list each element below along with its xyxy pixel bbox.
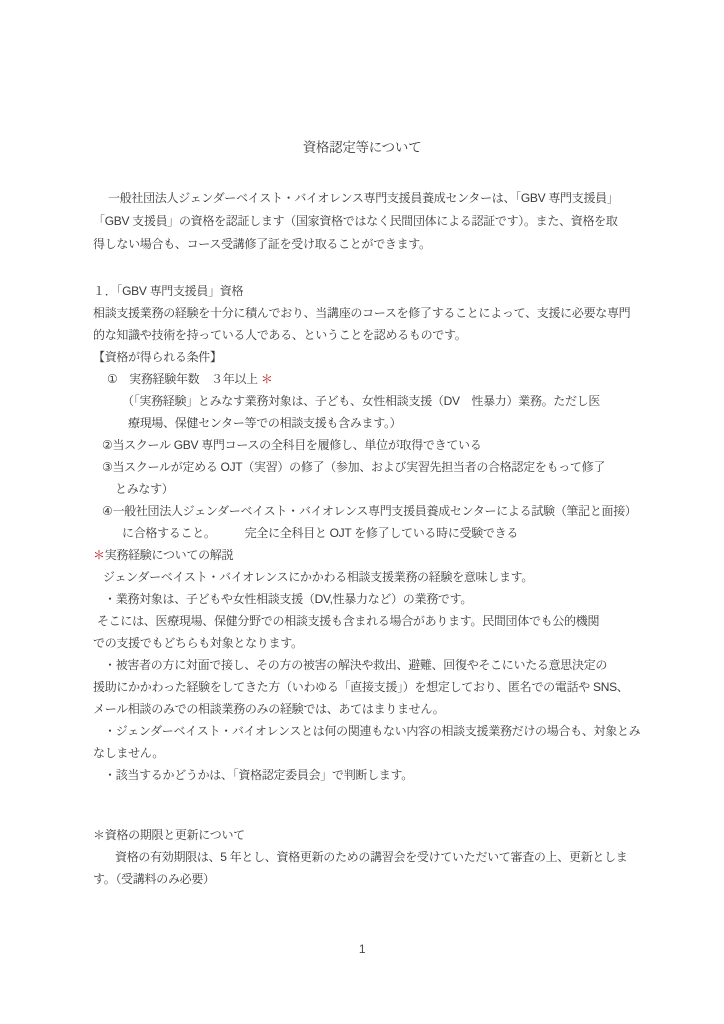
text-run: す。（受講料のみ必要） [93, 872, 215, 886]
text-run: ・被害者の方に対面で接し、その方の被害の解決や救出、避難、回復やそこにいたる意思… [104, 658, 607, 672]
text-run: 【資格が得られる条件】 [93, 350, 222, 364]
text-line: ・該当するかどうかは、「資格認定委員会」で判断します。 [93, 764, 658, 786]
text-run: とみなす） [115, 482, 174, 496]
text-line: ・被害者の方に対面で接し、その方の被害の解決や救出、避難、回復やそこにいたる意思… [93, 654, 658, 676]
text-run: ① 実務経験年数 ３年以上 [107, 372, 261, 386]
text-line: （「実務経験」とみなす業務対象は、子ども、女性相談支援（DV 性暴力）業務。ただ… [93, 390, 658, 412]
text-line: 援助にかかわった経験をしてきた方（いわゆる「直接支援」）を想定しており、匿名での… [93, 676, 658, 698]
required-asterisk: ＊ [261, 372, 273, 386]
text-run: ・ジェンダーベイスト・バイオレンスとは何の関連もない内容の相談支援業務だけの場合… [104, 724, 640, 738]
text-run: ・該当するかどうかは、「資格認定委員会」で判断します。 [104, 768, 413, 782]
qualification-section: １．「GBV 専門支援員」資格相談支援業務の経験を十分に積んでおり、当講座のコー… [93, 280, 658, 786]
document-title: 資格認定等について [0, 136, 724, 156]
text-line: ＊実務経験についての解説 [93, 544, 658, 566]
text-run: 的な知識や技術を持っている人である、ということを認めるものです。 [93, 328, 466, 342]
required-asterisk: ＊ [93, 548, 105, 562]
text-run: 援助にかかわった経験をしてきた方（いわゆる「直接支援」）を想定しており、匿名での… [93, 680, 629, 694]
text-line: す。（受講料のみ必要） [93, 868, 658, 890]
text-line: 一般社団法人ジェンダーベイスト・バイオレンス専門支援員養成センターは、「GBV … [93, 187, 658, 210]
text-run: での支援でもどちらも対象となります。 [93, 636, 303, 650]
text-line: 相談支援業務の経験を十分に積んでおり、当講座のコースを修了することによって、支援… [93, 302, 658, 324]
text-run: 実務経験についての解説 [105, 548, 233, 562]
renewal-section: ＊資格の期限と更新について資格の有効期限は、5 年とし、資格更新のための講習会を… [93, 824, 658, 890]
text-run: ・業務対象は、子どもや女性相談支援（DV,性暴力など）の業務です。 [104, 592, 472, 606]
text-run: ③当スクールが定める OJT（実習）の修了（参加、および実習先担当者の合格認定を… [102, 460, 605, 474]
text-run: ④一般社団法人ジェンダーベイスト・バイオレンス専門支援員養成センターによる試験（… [102, 504, 637, 518]
text-line: に合格すること。 完全に全科目と OJT を修了している時に受験できる [93, 522, 658, 544]
text-run: 療現場、保健センター等での相談支援も含みます。） [128, 416, 401, 430]
text-line: 療現場、保健センター等での相談支援も含みます。） [93, 412, 658, 434]
text-line: メール相談のみでの相談業務のみの経験では、あてはまりません。 [93, 698, 658, 720]
document-page: 資格認定等について 一般社団法人ジェンダーベイスト・バイオレンス専門支援員養成セ… [0, 0, 724, 1024]
text-run: １．「GBV 専門支援員」資格 [93, 284, 243, 298]
text-line: 資格の有効期限は、5 年とし、資格更新のための講習会を受けていただいて審査の上、… [93, 846, 658, 868]
intro-paragraph: 一般社団法人ジェンダーベイスト・バイオレンス専門支援員養成センターは、「GBV … [93, 187, 658, 256]
text-run: ②当スクール GBV 専門コースの全科目を履修し、単位が取得できている [102, 438, 481, 452]
text-run: （「実務経験」とみなす業務対象は、子ども、女性相談支援（DV 性暴力）業務。ただ… [122, 394, 600, 408]
text-line: ① 実務経験年数 ３年以上 ＊ [93, 368, 658, 390]
text-line: １．「GBV 専門支援員」資格 [93, 280, 658, 302]
text-line: 【資格が得られる条件】 [93, 346, 658, 368]
text-line: ③当スクールが定める OJT（実習）の修了（参加、および実習先担当者の合格認定を… [93, 456, 658, 478]
text-run: そこには、医療現場、保健分野での相談支援も含まれる場合があります。民間団体でも公… [97, 614, 599, 628]
text-line: とみなす） [93, 478, 658, 500]
text-line: ＊資格の期限と更新について [93, 824, 658, 846]
text-run: ＊資格の期限と更新について [93, 828, 245, 842]
text-line: ④一般社団法人ジェンダーベイスト・バイオレンス専門支援員養成センターによる試験（… [93, 500, 658, 522]
text-run: 一般社団法人ジェンダーベイスト・バイオレンス専門支援員養成センターは、「GBV … [108, 191, 619, 205]
text-line: ジェンダーベイスト・バイオレンスにかかわる相談支援業務の経験を意味します。 [93, 566, 658, 588]
text-run: ジェンダーベイスト・バイオレンスにかかわる相談支援業務の経験を意味します。 [103, 570, 533, 584]
text-run: 「GBV 支援員」の資格を認証します（国家資格ではなく民間団体による認証です）。… [93, 214, 618, 228]
text-line: そこには、医療現場、保健分野での相談支援も含まれる場合があります。民間団体でも公… [93, 610, 658, 632]
text-line: 的な知識や技術を持っている人である、ということを認めるものです。 [93, 324, 658, 346]
text-run: 相談支援業務の経験を十分に積んでおり、当講座のコースを修了することによって、支援… [93, 306, 630, 320]
text-line: ②当スクール GBV 専門コースの全科目を履修し、単位が取得できている [93, 434, 658, 456]
text-run: メール相談のみでの相談業務のみの経験では、あてはまりません。 [93, 702, 444, 716]
text-run: 資格の有効期限は、5 年とし、資格更新のための講習会を受けていただいて審査の上、… [115, 850, 628, 864]
page-number: 1 [0, 942, 724, 956]
text-line: 得しない場合も、コース受講修了証を受け取ることができます。 [93, 233, 658, 256]
text-run: 得しない場合も、コース受講修了証を受け取ることができます。 [93, 237, 431, 251]
text-run: なしません。 [93, 746, 164, 760]
text-run: に合格すること。 完全に全科目と OJT を修了している時に受験できる [122, 526, 518, 540]
text-line: ・ジェンダーベイスト・バイオレンスとは何の関連もない内容の相談支援業務だけの場合… [93, 720, 658, 742]
text-line: ・業務対象は、子どもや女性相談支援（DV,性暴力など）の業務です。 [93, 588, 658, 610]
text-line: なしません。 [93, 742, 658, 764]
text-line: での支援でもどちらも対象となります。 [93, 632, 658, 654]
text-line: 「GBV 支援員」の資格を認証します（国家資格ではなく民間団体による認証です）。… [93, 210, 658, 233]
